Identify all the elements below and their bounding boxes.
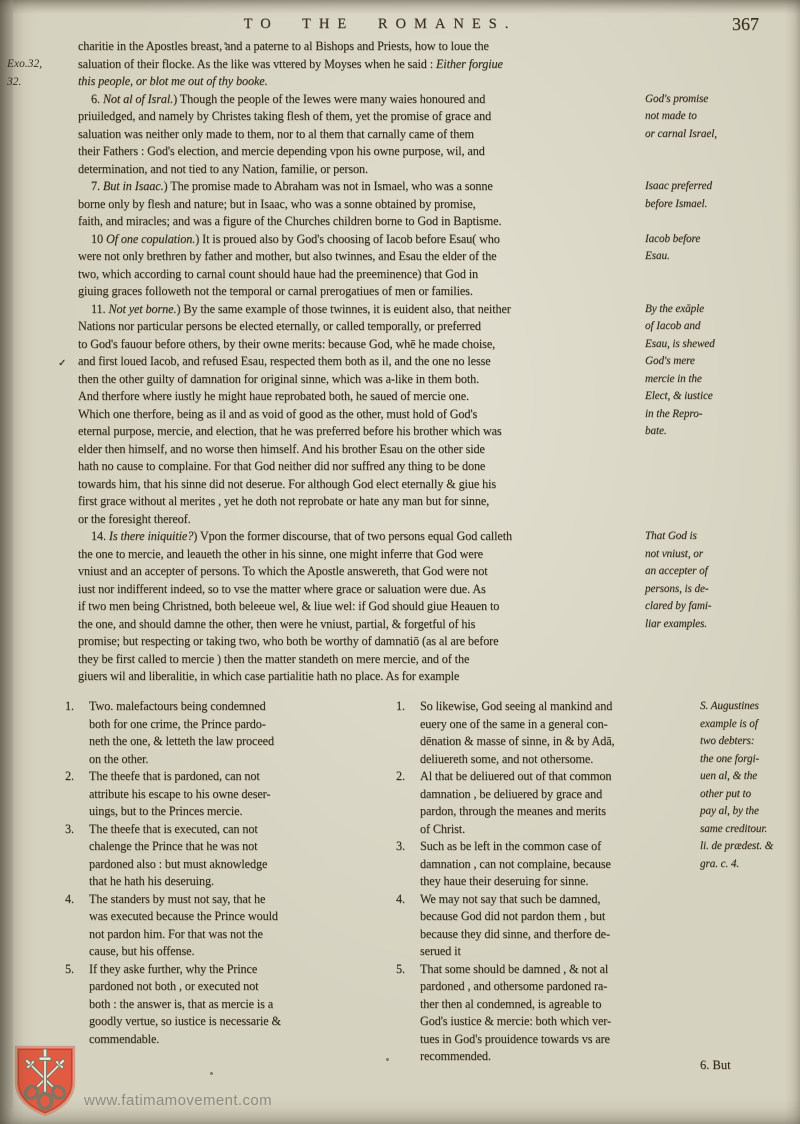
line-text: of Christ. [420,822,465,836]
text-line: charitie in the Apostles breast, and a p… [78,38,792,56]
line-text: giuing graces followeth not the temporal… [78,284,473,298]
line-text: determination, and not tied to any Natio… [78,162,368,176]
item-number: 3. [65,821,74,839]
margin-note: pay al, by the [700,803,759,821]
list-line: neth the one, & letteth the law proceed [62,733,393,751]
list-line: not pardon him. For that was not the [62,926,393,944]
list-line: attribute his escape to his owne deser- [62,786,393,804]
left-column: 1.Two. malefactours being condemnedboth … [62,698,393,1066]
line-text: goodly vertue, so iustice is necessarie … [89,1014,281,1028]
margin-note: other put to [700,786,751,804]
watermark-url: www.fatimamovement.com [84,1092,272,1109]
margin-note: mercie in the [645,371,702,389]
line-text: attribute his escape to his owne deser- [89,787,270,801]
main-text-block: charitie in the Apostles breast, and a p… [78,38,792,686]
scanned-book-page: TO THE ROMANES. 367 Exo.32, 32. charitie… [0,0,800,1124]
item-number: 5. [65,961,74,979]
line-text: iust nor indifferent indeed, so to vse t… [78,582,486,596]
margin-note: God's mere [645,353,695,371]
margin-note: liar examples. [645,616,707,634]
list-line: tues in God's prouidence towards vs are [393,1031,792,1049]
text-line: 11. Not yet borne.) By the same example … [78,301,792,319]
list-line: 4.The standers by must not say, that he [62,891,393,909]
line-text: saluation was neither only made to them,… [78,127,474,141]
line-text: faith, and miracles; and was a figure of… [78,214,501,228]
text-line: borne only by flesh and nature; but in I… [78,196,792,214]
item-number: 4. [65,891,74,909]
margin-citation-line: 32. [7,74,71,92]
line-text: two, which according to carnal count sho… [78,267,478,281]
margin-note: bate. [645,423,667,441]
text-line: their Fathers : God's election, and merc… [78,143,792,161]
item-number: 1. [396,698,405,716]
item-number: 5. [396,961,405,979]
list-line: pardoned not both , or executed not [62,978,393,996]
text-line: saluation was neither only made to them,… [78,126,792,144]
margin-note: Esau, is shewed [645,336,715,354]
list-line: dēnation & masse of sinne, in & by Adā,t… [393,733,792,751]
line-text: towards him, that his sinne did not dese… [78,477,496,491]
line-text: damnation , can not complaine, because [420,857,611,871]
list-line: both for one crime, the Prince pardo- [62,716,393,734]
text-line: two, which according to carnal count sho… [78,266,792,284]
text-line: to God's fauour before others, by their … [78,336,792,354]
text-line: vniust and an accepter of persons. To wh… [78,563,792,581]
margin-note: in the Repro- [645,406,702,424]
line-text: 6. Not al of Isral.) Though the people o… [78,92,485,106]
line-text: the one to mercie, and leaueth the other… [78,547,483,561]
list-line: commendable. [62,1031,393,1049]
margin-note: clared by fami- [645,598,711,616]
line-text: pardon, through the meanes and merits [420,804,606,818]
item-number: 3. [396,838,405,856]
margin-note: same creditour. [700,821,767,839]
margin-note: not vniust, or [645,546,703,564]
line-text: eternal purpose, mercie, and election, t… [78,424,502,438]
line-text: saluation of their flocke. As the like w… [78,57,503,71]
text-line: priuiledged, and namely by Christes taki… [78,108,792,126]
list-line: damnation , can not complaine, becausegr… [393,856,792,874]
line-text: pardoned not both , or executed not [89,979,258,993]
item-number: 4. [396,891,405,909]
line-text: not pardon him. For that was not the [89,927,263,941]
page-edge-shadow [0,0,13,1124]
line-text: deliuereth some, and not othersome. [420,752,593,766]
item-number: 1. [65,698,74,716]
ink-speck [210,1072,213,1075]
text-line: giuing graces followeth not the temporal… [78,283,792,301]
line-text: was executed because the Prince would [89,909,278,923]
margin-note: God's promise [645,91,708,109]
text-line: towards him, that his sinne did not dese… [78,476,792,494]
list-line: uings, but to the Princes mercie. [62,803,393,821]
left-margin-note: Exo.32, 32. [7,56,71,91]
text-line: iust nor indifferent indeed, so to vse t… [78,581,792,599]
line-text: 14. Is there iniquitie?) Vpon the former… [78,529,512,543]
list-line: 3.Such as be left in the common case ofl… [393,838,792,856]
line-text: because they did sinne, and therfore de- [420,927,610,941]
line-text: tues in God's prouidence towards vs are [420,1032,610,1046]
list-line: they haue their deseruing for sinne. [393,873,792,891]
line-text: That some should be damned , & not al [420,962,608,976]
line-text: both for one crime, the Prince pardo- [89,717,266,731]
line-text: on the other. [89,752,148,766]
text-line: the one, and should damne the other, the… [78,616,792,634]
list-line: cause, but his offense. [62,943,393,961]
line-text: The theefe that is pardoned, can not [89,769,260,783]
catchword: 6. But [700,1058,731,1073]
line-text: Two. malefactours being condemned [89,699,266,713]
line-text: vniust and an accepter of persons. To wh… [78,564,488,578]
list-line: was executed because the Prince would [62,908,393,926]
line-text: both : the answer is, that as mercie is … [89,997,273,1011]
line-text: Nations nor particular persons be electe… [78,319,481,333]
line-text: 7. But in Isaac.) The promise made to Ab… [78,179,493,193]
list-line: because they did sinne, and therfore de- [393,926,792,944]
line-text: their Fathers : God's election, and merc… [78,144,485,158]
ink-speck [386,1058,389,1061]
margin-note: or carnal Israel, [645,126,717,144]
ink-speck [224,42,227,45]
text-line: first grace without al merites , yet he … [78,493,792,511]
text-line: eternal purpose, mercie, and election, t… [78,423,792,441]
list-line: on the other. [62,751,393,769]
line-text: pardoned also : but must aknowledge [89,857,267,871]
line-text: that he hath his deseruing. [89,874,214,888]
line-text: neth the one, & letteth the law proceed [89,734,274,748]
text-line: 10 Of one copulation.) It is proued also… [78,231,792,249]
text-line: if two men being Christned, both beleeue… [78,598,792,616]
line-text: chalenge the Prince that he was not [89,839,257,853]
text-line: 7. But in Isaac.) The promise made to Ab… [78,178,792,196]
item-number: 2. [65,768,74,786]
text-line: the one to mercie, and leaueth the other… [78,546,792,564]
text-line: 14. Is there iniquitie?) Vpon the former… [78,528,792,546]
line-text: were not only brethren by father and mot… [78,249,497,263]
text-line: then the other guilty of damnation for o… [78,371,792,389]
line-text: 10 Of one copulation.) It is proued also… [78,232,500,246]
margin-note: Isaac preferred [645,178,712,196]
list-line: 2.Al that be deliuered out of that commo… [393,768,792,786]
list-line: damnation , be deliuered by grace andoth… [393,786,792,804]
line-text: Al that be deliuered out of that common [420,769,611,783]
list-line: because God did not pardon them , but [393,908,792,926]
text-line: and first loued Iacob, and refused Esau,… [78,353,792,371]
list-line: chalenge the Prince that he was not [62,838,393,856]
margin-note: Esau. [645,248,670,266]
margin-mark: ✓ [58,355,66,373]
line-text: cause, but his offense. [89,944,194,958]
list-line: 1.Two. malefactours being condemned [62,698,393,716]
line-text: priuiledged, and namely by Christes taki… [78,109,491,123]
list-line: recommended. [393,1048,792,1066]
line-text: they haue their deseruing for sinne. [420,874,588,888]
crossed-keys-shield-logo [13,1044,77,1118]
text-line: Nations nor particular persons be electe… [78,318,792,336]
line-text: 11. Not yet borne.) By the same example … [78,302,511,316]
right-column: 1.So likewise, God seeing al mankind and… [393,698,792,1066]
line-text: And therfore where iustly he might haue … [78,389,469,403]
list-line: serued it [393,943,792,961]
text-line: giuers wil and liberalitie, in which cas… [78,668,792,686]
line-text: the one, and should damne the other, the… [78,617,475,631]
line-text: recommended. [420,1049,491,1063]
list-line: euery one of the same in a general con-e… [393,716,792,734]
line-text: hath no cause to complaine. For that God… [78,459,485,473]
text-line: were not only brethren by father and mot… [78,248,792,266]
line-text: Such as be left in the common case of [420,839,601,853]
margin-note: By the exāple [645,301,704,319]
line-text: if two men being Christned, both beleeue… [78,599,499,613]
line-text: then the other guilty of damnation for o… [78,372,479,386]
text-line: hath no cause to complaine. For that God… [78,458,792,476]
line-text: giuers wil and liberalitie, in which cas… [78,669,459,683]
list-line: pardoned , and othersome pardoned ra- [393,978,792,996]
line-text: If they aske further, why the Prince [89,962,257,976]
line-text: Which one therfore, being as il and as v… [78,407,477,421]
text-line: And therfore where iustly he might haue … [78,388,792,406]
margin-note: an accepter of [645,563,708,581]
line-text: We may not say that such be damned, [420,892,600,906]
list-line: deliuereth some, and not othersome.the o… [393,751,792,769]
list-line: 5.If they aske further, why the Prince [62,961,393,979]
margin-note: That God is [645,528,697,546]
text-line: or the foresight thereof. [78,511,792,529]
line-text: this people, or blot me out of thy booke… [78,74,268,88]
margin-note: uen al, & the [700,768,757,786]
line-text: or the foresight thereof. [78,512,191,526]
margin-note: the one forgi- [700,751,759,769]
list-line: 3.The theefe that is executed, can not [62,821,393,839]
text-line: determination, and not tied to any Natio… [78,161,792,179]
text-line: elder then himself, and no worse then hi… [78,441,792,459]
line-text: So likewise, God seeing al mankind and [420,699,612,713]
line-text: uings, but to the Princes mercie. [89,804,242,818]
line-text: God's iustice & mercie: both which ver- [420,1014,611,1028]
line-text: ther then al condemned, is agreable to [420,997,601,1011]
line-text: commendable. [89,1032,159,1046]
margin-note: before Ismael. [645,196,707,214]
list-line: 2.The theefe that is pardoned, can not [62,768,393,786]
margin-note: li. de prædest. & [700,838,773,856]
text-line: they be first called to mercie ) then th… [78,651,792,669]
line-text: euery one of the same in a general con- [420,717,608,731]
margin-note: gra. c. 4. [700,856,739,874]
margin-note: Elect, & iustice [645,388,713,406]
line-text: The theefe that is executed, can not [89,822,258,836]
list-line: 5.That some should be damned , & not al [393,961,792,979]
line-text: they be first called to mercie ) then th… [78,652,469,666]
list-line: ther then al condemned, is agreable to [393,996,792,1014]
margin-note: of Iacob and [645,318,700,336]
list-line: both : the answer is, that as mercie is … [62,996,393,1014]
list-line: pardoned also : but must aknowledge [62,856,393,874]
line-text: promise; but respecting or taking two, w… [78,634,498,648]
page-number: 367 [732,14,759,35]
line-text: and first loued Iacob, and refused Esau,… [78,354,491,368]
margin-note: persons, is de- [645,581,708,599]
line-text: charitie in the Apostles breast, and a p… [78,39,489,53]
list-line: goodly vertue, so iustice is necessarie … [62,1013,393,1031]
list-line: God's iustice & mercie: both which ver- [393,1013,792,1031]
margin-note: example is of [700,716,758,734]
text-line: 6. Not al of Isral.) Though the people o… [78,91,792,109]
item-number: 2. [396,768,405,786]
text-line: faith, and miracles; and was a figure of… [78,213,792,231]
line-text: first grace without al merites , yet he … [78,494,489,508]
line-text: elder then himself, and no worse then hi… [78,442,485,456]
list-line: pardon, through the meanes and meritspay… [393,803,792,821]
two-column-list: 1.Two. malefactours being condemnedboth … [62,698,792,1066]
line-text: dēnation & masse of sinne, in & by Adā, [420,734,614,748]
line-text: The standers by must not say, that he [89,892,265,906]
text-line: promise; but respecting or taking two, w… [78,633,792,651]
line-text: because God did not pardon them , but [420,909,605,923]
running-title: TO THE ROMANES. [0,16,760,33]
margin-note: S. Augustines [700,698,759,716]
line-text: to God's fauour before others, by their … [78,337,495,351]
line-text: borne only by flesh and nature; but in I… [78,197,476,211]
line-text: damnation , be deliuered by grace and [420,787,602,801]
line-text: serued it [420,944,461,958]
list-line: that he hath his deseruing. [62,873,393,891]
list-line: of Christ.same creditour. [393,821,792,839]
margin-note: two debters: [700,733,754,751]
margin-note: not made to [645,108,697,126]
list-line: 4.We may not say that such be damned, [393,891,792,909]
margin-note: Iacob before [645,231,700,249]
text-line: saluation of their flocke. As the like w… [78,56,792,74]
text-line: Which one therfore, being as il and as v… [78,406,792,424]
line-text: pardoned , and othersome pardoned ra- [420,979,607,993]
list-line: 1.So likewise, God seeing al mankind and… [393,698,792,716]
text-line: this people, or blot me out of thy booke… [78,73,792,91]
margin-citation-line: Exo.32, [7,56,71,74]
